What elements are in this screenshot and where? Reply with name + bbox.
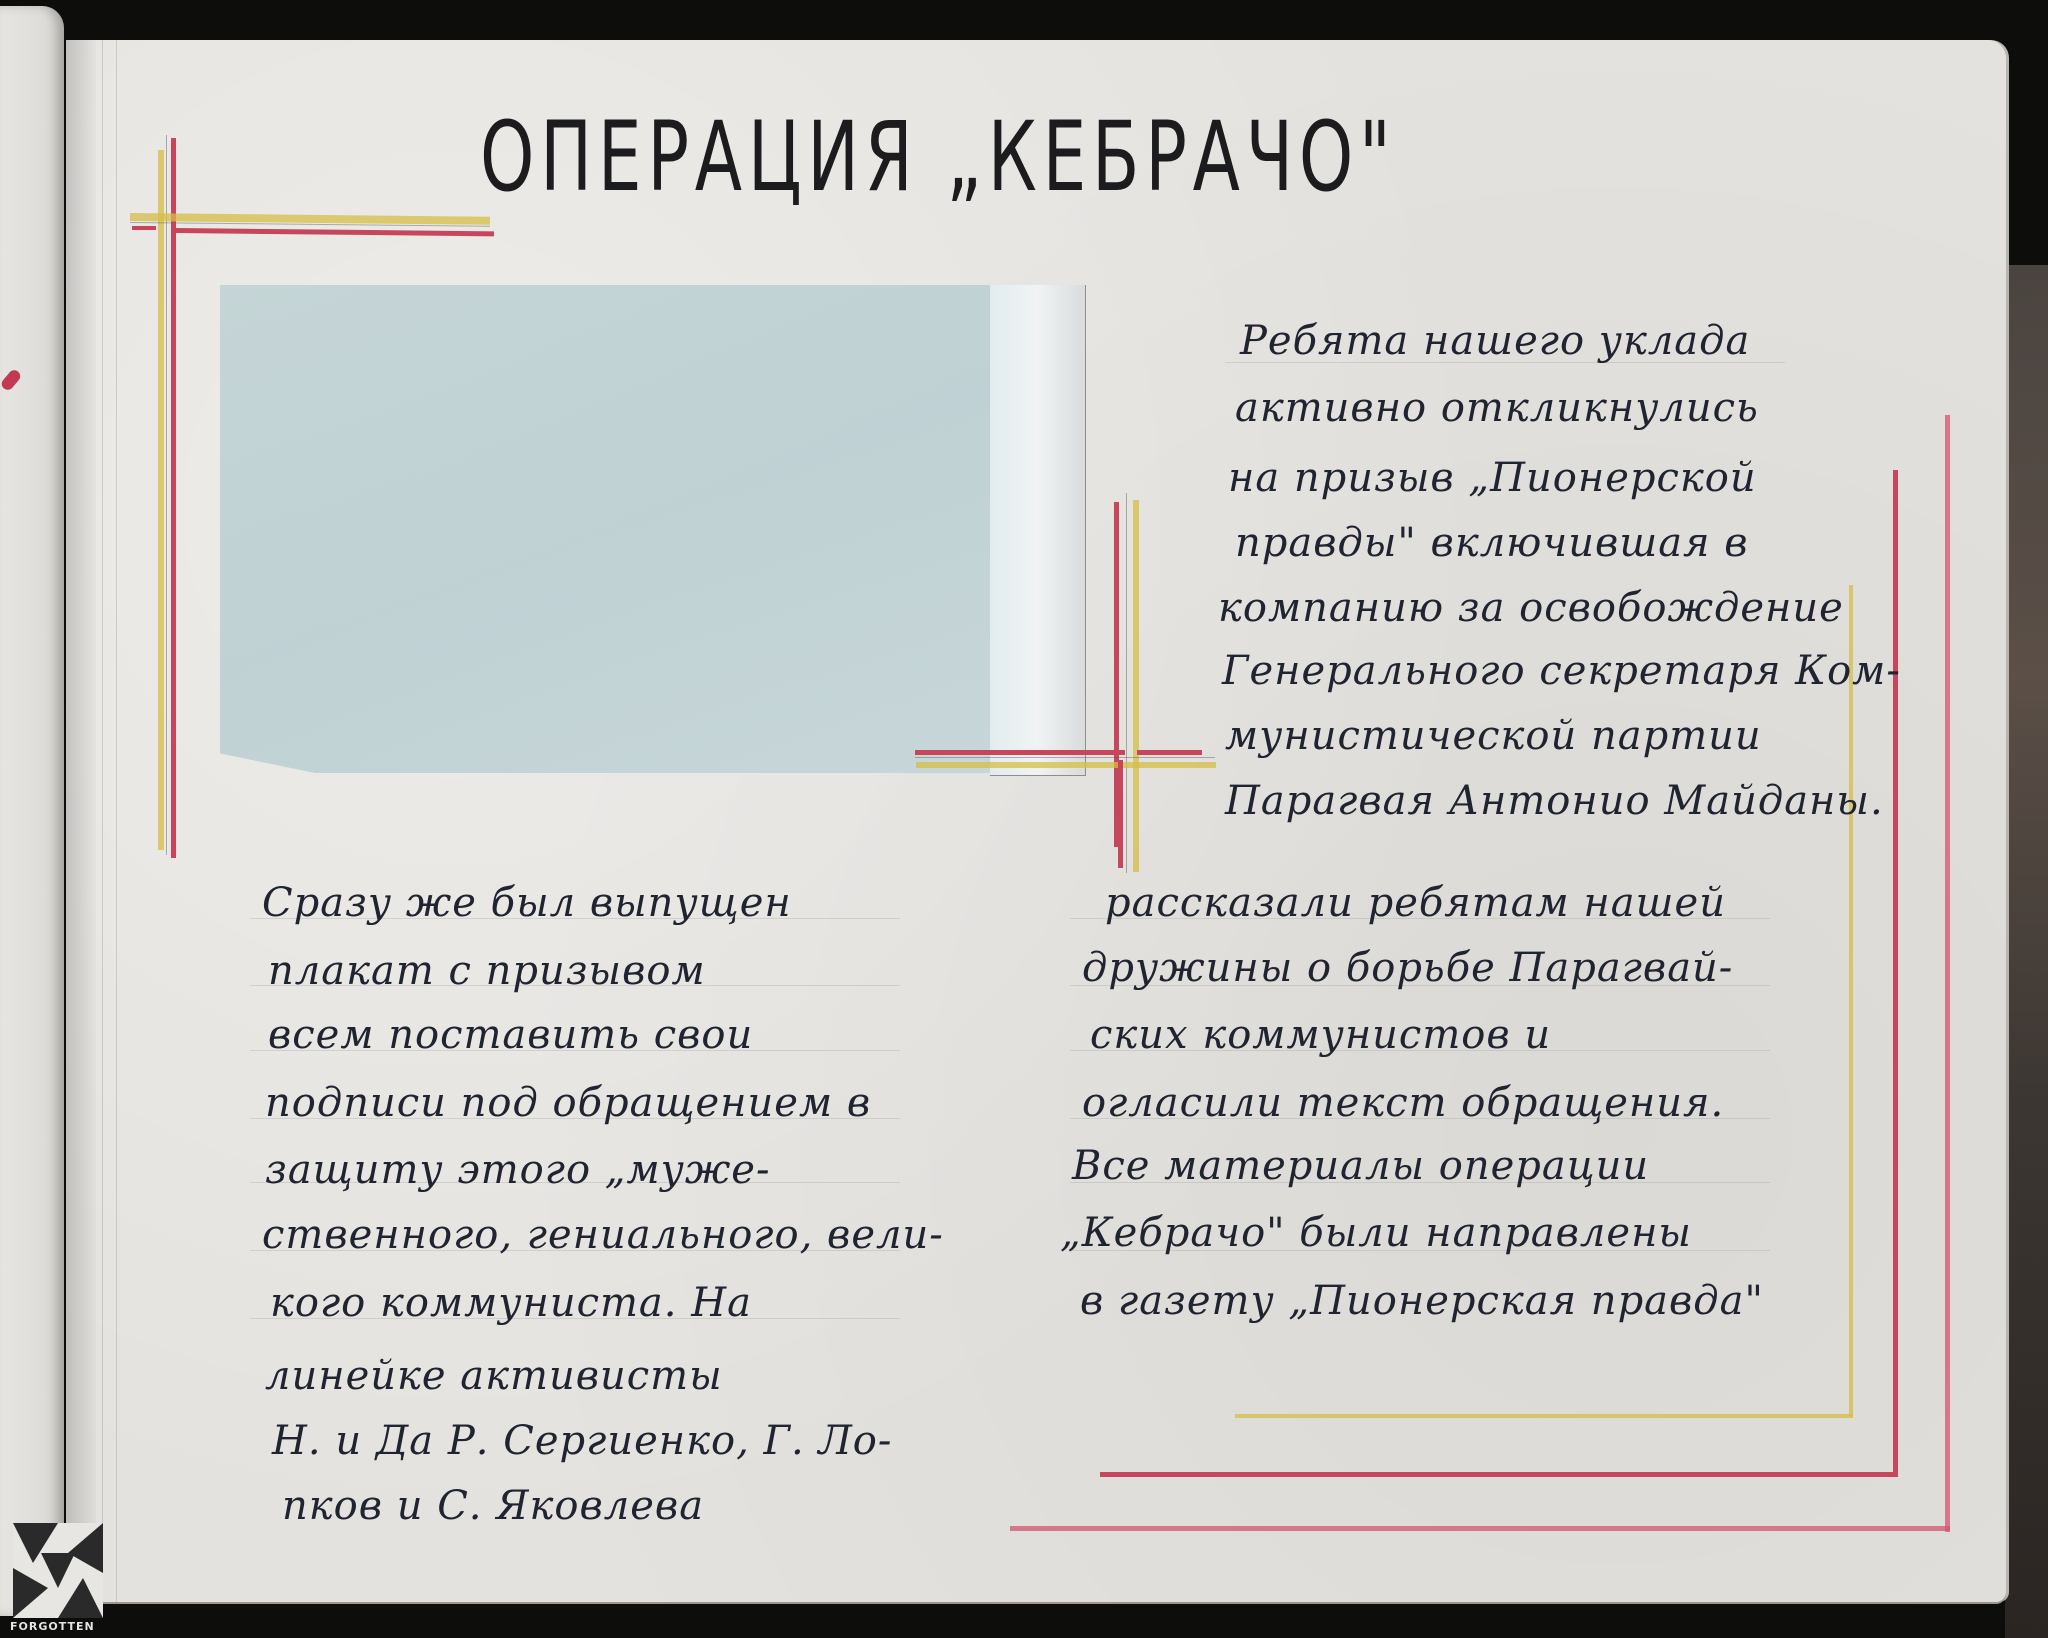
missing-photo-stain xyxy=(220,285,1010,773)
handwritten-line: Ребята нашего уклада xyxy=(1240,318,1750,364)
aperture-logo-icon xyxy=(13,1523,103,1618)
watermark-side-label: CHERNOBYL xyxy=(105,1526,116,1603)
handwritten-line: Все материалы операции xyxy=(1072,1143,1649,1189)
forgotten-chernobyl-watermark: FORGOTTEN CHERNOBYL xyxy=(8,1518,118,1633)
handwritten-line: кого коммуниста. На xyxy=(270,1280,752,1326)
handwritten-line: правды" включившая в xyxy=(1235,520,1749,566)
handwritten-line: Парагвая Антонио Майданы. xyxy=(1225,778,1884,824)
page-gutter-shadow xyxy=(66,40,96,1602)
handwritten-line: защиту этого „муже- xyxy=(265,1147,770,1193)
handwritten-line: огласили текст обращения. xyxy=(1082,1080,1724,1126)
handwritten-line: подписи под обращением в xyxy=(265,1080,871,1126)
handwritten-line: рассказали ребятам нашей xyxy=(1105,880,1726,926)
handwritten-line: Н. и Да Р. Сергиенко, Г. Ло- xyxy=(272,1418,892,1464)
handwritten-line: мунистической партии xyxy=(1225,713,1762,759)
handwritten-line: ственного, гениального, вели- xyxy=(262,1212,944,1258)
gutter-fold-line xyxy=(116,40,117,1602)
handwritten-line: Сразу же был выпущен xyxy=(262,880,792,926)
handwritten-line: линейке активисты xyxy=(265,1353,723,1399)
handwritten-line: активно откликнулись xyxy=(1235,385,1759,431)
handwritten-line: дружины о борьбе Парагвай- xyxy=(1082,945,1733,991)
page-title: ОПЕРАЦИЯ „КЕБРАЧО" xyxy=(480,92,1128,222)
previous-page-edge xyxy=(0,6,64,1616)
handwritten-line: в газету „Пионерская правда" xyxy=(1080,1278,1764,1324)
background-rust-surface xyxy=(2005,265,2048,1638)
handwritten-line: Генерального секретаря Ком- xyxy=(1222,648,1901,694)
handwritten-line: „Кебрачо" были направлены xyxy=(1060,1210,1692,1256)
red-ink-mark xyxy=(0,368,23,393)
watermark-label: FORGOTTEN xyxy=(10,1620,95,1633)
handwritten-line: ских коммунистов и xyxy=(1090,1012,1551,1058)
gutter-fold-line xyxy=(102,40,103,1602)
handwritten-line: на призыв „Пионерской xyxy=(1228,455,1757,501)
handwritten-line: компанию за освобождение xyxy=(1218,585,1844,631)
handwritten-line: плакат с призывом xyxy=(268,948,706,994)
handwritten-line: пков и С. Яковлева xyxy=(282,1483,704,1529)
torn-photo-paper-strip xyxy=(990,285,1086,776)
handwritten-line: всем поставить свои xyxy=(268,1012,753,1058)
